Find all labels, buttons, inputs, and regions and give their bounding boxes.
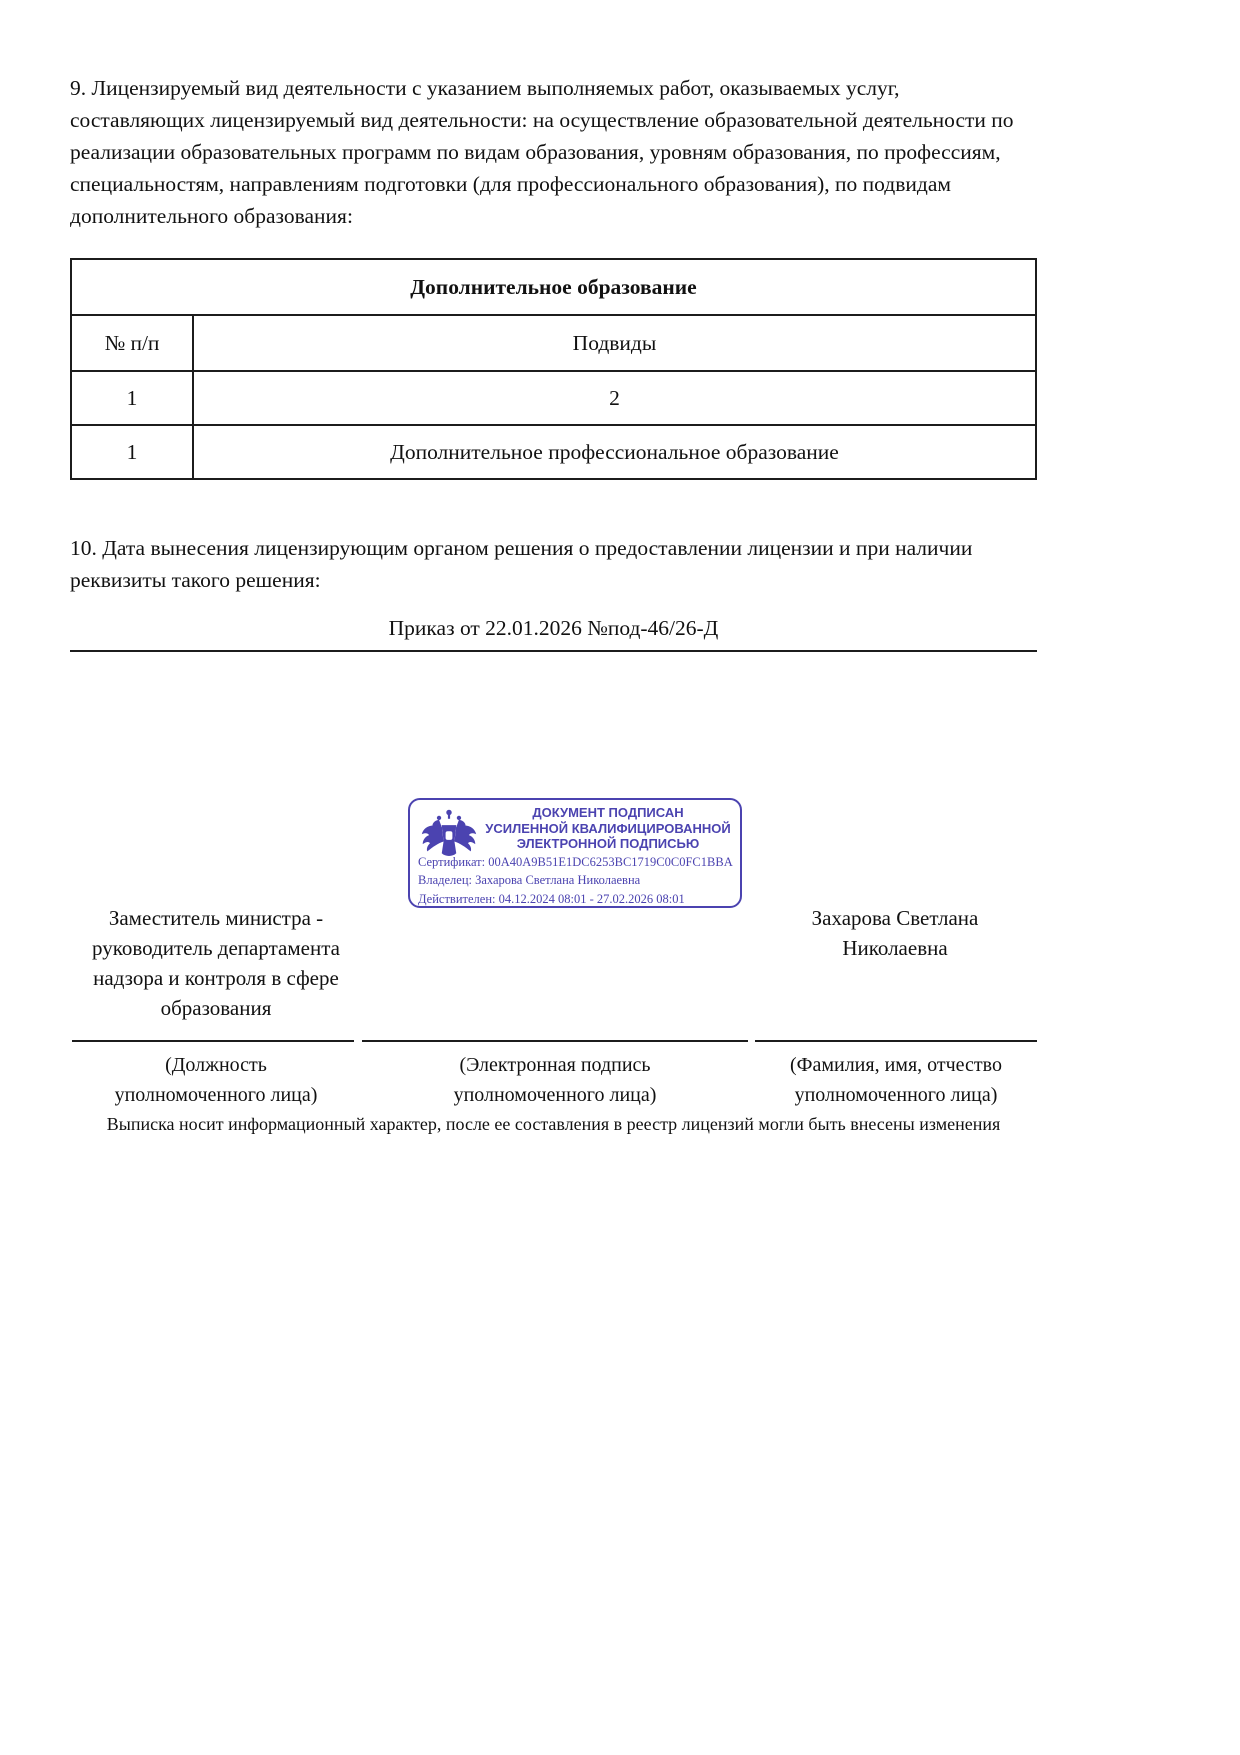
- page-content: 9. Лицензируемый вид деятельности с указ…: [70, 72, 1037, 1212]
- signer-name-line: Захарова Светлана: [753, 903, 1037, 933]
- signer-name-line: Николаевна: [753, 933, 1037, 963]
- electronic-signature-stamp: ДОКУМЕНТ ПОДПИСАН УСИЛЕННОЙ КВАЛИФИЦИРОВ…: [408, 798, 742, 908]
- position-label: (Должность уполномоченного лица): [70, 1050, 362, 1110]
- stamp-validity: Действителен: 04.12.2024 08:01 - 27.02.2…: [416, 892, 734, 908]
- row-number-cell: 1: [71, 371, 193, 425]
- column-header-subtypes: Подвиды: [193, 315, 1036, 371]
- esign-label: (Электронная подпись уполномоченного лиц…: [362, 1050, 748, 1110]
- signer-position-line: Заместитель министра -: [70, 903, 362, 933]
- license-extract-page: 9. Лицензируемый вид деятельности с указ…: [0, 0, 1240, 1755]
- signer-position-line: руководитель департамента: [70, 933, 362, 963]
- name-label-line: (Фамилия, имя, отчество: [755, 1050, 1037, 1080]
- table-row: 1 Дополнительное профессиональное образо…: [71, 425, 1036, 479]
- table-row: 1 2: [71, 371, 1036, 425]
- stamp-header-line-3: ЭЛЕКТРОННОЙ ПОДПИСЬЮ: [482, 836, 734, 852]
- order-reference: Приказ от 22.01.2026 №под-46/26-Д: [70, 612, 1037, 644]
- section-10-text: 10. Дата вынесения лицензирующим органом…: [70, 532, 1037, 596]
- stamp-owner: Владелец: Захарова Светлана Николаевна: [416, 873, 734, 889]
- signature-section: ДОКУМЕНТ ПОДПИСАН УСИЛЕННОЙ КВАЛИФИЦИРОВ…: [70, 652, 1037, 1212]
- row-value-cell: 2: [193, 371, 1036, 425]
- stamp-header-line-1: ДОКУМЕНТ ПОДПИСАН: [482, 805, 734, 821]
- row-number-cell: 1: [71, 425, 193, 479]
- section-9-text: 9. Лицензируемый вид деятельности с указ…: [70, 72, 1037, 232]
- esign-label-line: уполномоченного лица): [362, 1080, 748, 1110]
- position-label-line: (Должность: [70, 1050, 362, 1080]
- table-title: Дополнительное образование: [71, 259, 1036, 315]
- signature-line-name: [755, 1040, 1037, 1042]
- signature-line-position: [72, 1040, 354, 1042]
- signer-name: Захарова Светлана Николаевна: [753, 903, 1037, 963]
- footer-disclaimer: Выписка носит информационный характер, п…: [70, 1112, 1037, 1136]
- column-header-number: № п/п: [71, 315, 193, 371]
- position-label-line: уполномоченного лица): [70, 1080, 362, 1110]
- stamp-header-line-2: УСИЛЕННОЙ КВАЛИФИЦИРОВАННОЙ: [482, 821, 734, 837]
- signer-position-line: образования: [70, 993, 362, 1023]
- name-label: (Фамилия, имя, отчество уполномоченного …: [755, 1050, 1037, 1110]
- russian-coat-of-arms-icon: [420, 808, 478, 864]
- table-header-row: № п/п Подвиды: [71, 315, 1036, 371]
- esign-label-line: (Электронная подпись: [362, 1050, 748, 1080]
- signer-position-line: надзора и контроля в сфере: [70, 963, 362, 993]
- signature-line-esign: [362, 1040, 748, 1042]
- additional-education-table: Дополнительное образование № п/п Подвиды…: [70, 258, 1037, 480]
- row-value-cell: Дополнительное профессиональное образова…: [193, 425, 1036, 479]
- signer-position: Заместитель министра - руководитель депа…: [70, 903, 362, 1023]
- name-label-line: уполномоченного лица): [755, 1080, 1037, 1110]
- table-title-row: Дополнительное образование: [71, 259, 1036, 315]
